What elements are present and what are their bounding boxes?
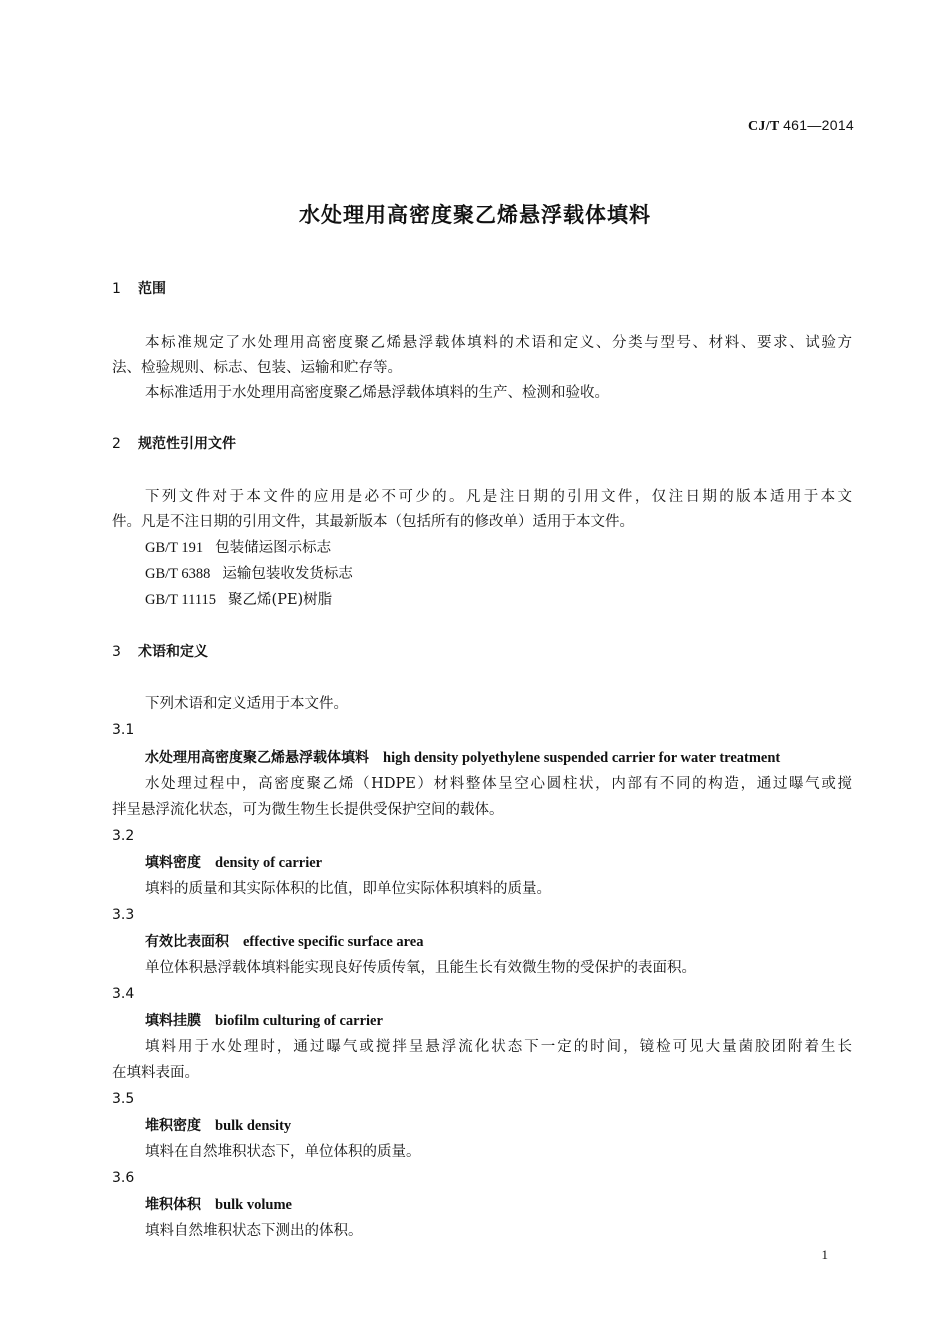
term-number: 3.6: [112, 1168, 134, 1188]
paragraph-line: 法、检验规则、标志、包装、运输和贮存等。: [112, 358, 402, 378]
paragraph-line: 下列文件对于本文件的应用是必不可少的。凡是注日期的引用文件，仅注日期的版本适用于…: [145, 487, 852, 507]
term-number: 3.2: [112, 826, 134, 846]
standard-prefix: CJ/T: [748, 119, 779, 134]
paragraph-line: 件。凡是不注日期的引用文件，其最新版本（包括所有的修改单）适用于本文件。: [112, 512, 634, 532]
term-zh: 填料密度: [145, 855, 201, 871]
term-definition: 拌呈悬浮流化状态，可为微生物生长提供受保护空间的载体。: [112, 800, 504, 820]
term-definition: 在填料表面。: [112, 1063, 199, 1083]
term-heading: 堆积体积bulk volume: [145, 1195, 292, 1215]
term-number: 3.1: [112, 720, 134, 740]
reference-item: GB/T 191包装储运图示标志: [145, 538, 331, 558]
reference-code: GB/T 6388: [145, 564, 210, 584]
term-en: effective specific surface area: [243, 934, 424, 950]
standard-code: CJ/T 461—2014: [748, 117, 854, 135]
reference-item: GB/T 11115聚乙烯(PE)树脂: [145, 590, 332, 610]
page-number: 1: [822, 1247, 829, 1263]
standard-number: 461—2014: [783, 117, 854, 133]
term-definition: 填料自然堆积状态下测出的体积。: [145, 1221, 363, 1241]
section-number: 2: [112, 434, 138, 454]
paragraph-line: 下列术语和定义适用于本文件。: [145, 694, 348, 714]
term-number: 3.4: [112, 984, 134, 1004]
term-number: 3.3: [112, 905, 134, 925]
section-1-heading: 1范围: [112, 279, 166, 299]
term-zh: 堆积体积: [145, 1197, 201, 1213]
reference-title: 聚乙烯(PE)树脂: [228, 592, 332, 608]
reference-title: 包装储运图示标志: [215, 540, 331, 556]
paragraph-line: 本标准适用于水处理用高密度聚乙烯悬浮载体填料的生产、检测和验收。: [145, 383, 609, 403]
term-heading: 水处理用高密度聚乙烯悬浮载体填料high density polyethylen…: [145, 748, 780, 768]
section-title: 术语和定义: [138, 644, 208, 660]
reference-item: GB/T 6388运输包装收发货标志: [145, 564, 353, 584]
section-title: 规范性引用文件: [138, 436, 236, 452]
term-definition: 水处理过程中，高密度聚乙烯（HDPE）材料整体呈空心圆柱状，内部有不同的构造，通…: [145, 774, 852, 794]
term-heading: 填料挂膜biofilm culturing of carrier: [145, 1011, 383, 1031]
section-number: 3: [112, 642, 138, 662]
term-en: density of carrier: [215, 855, 322, 871]
term-heading: 堆积密度bulk density: [145, 1116, 291, 1136]
term-zh: 堆积密度: [145, 1118, 201, 1134]
term-en: biofilm culturing of carrier: [215, 1013, 383, 1029]
term-en: bulk volume: [215, 1197, 292, 1213]
term-en: bulk density: [215, 1118, 291, 1134]
document-title: 水处理用高密度聚乙烯悬浮载体填料: [0, 199, 950, 229]
section-number: 1: [112, 279, 138, 299]
reference-code: GB/T 11115: [145, 590, 216, 610]
term-definition: 填料的质量和其实际体积的比值，即单位实际体积填料的质量。: [145, 879, 551, 899]
section-3-heading: 3术语和定义: [112, 642, 208, 662]
reference-title: 运输包装收发货标志: [222, 566, 353, 582]
term-number: 3.5: [112, 1089, 134, 1109]
paragraph-line: 本标准规定了水处理用高密度聚乙烯悬浮载体填料的术语和定义、分类与型号、材料、要求…: [145, 333, 852, 353]
term-definition: 单位体积悬浮载体填料能实现良好传质传氧，且能生长有效微生物的受保护的表面积。: [145, 958, 696, 978]
term-heading: 有效比表面积effective specific surface area: [145, 932, 424, 952]
term-zh: 填料挂膜: [145, 1013, 201, 1029]
term-definition: 填料在自然堆积状态下，单位体积的质量。: [145, 1142, 421, 1162]
term-definition: 填料用于水处理时，通过曝气或搅拌呈悬浮流化状态下一定的时间，镜检可见大量菌胶团附…: [145, 1037, 852, 1057]
term-zh: 有效比表面积: [145, 934, 229, 950]
section-title: 范围: [138, 281, 166, 297]
section-2-heading: 2规范性引用文件: [112, 434, 236, 454]
document-page: CJ/T 461—2014 水处理用高密度聚乙烯悬浮载体填料 1范围 本标准规定…: [0, 0, 950, 1344]
term-heading: 填料密度density of carrier: [145, 853, 322, 873]
term-en: high density polyethylene suspended carr…: [383, 750, 780, 766]
term-zh: 水处理用高密度聚乙烯悬浮载体填料: [145, 750, 369, 766]
reference-code: GB/T 191: [145, 538, 203, 558]
